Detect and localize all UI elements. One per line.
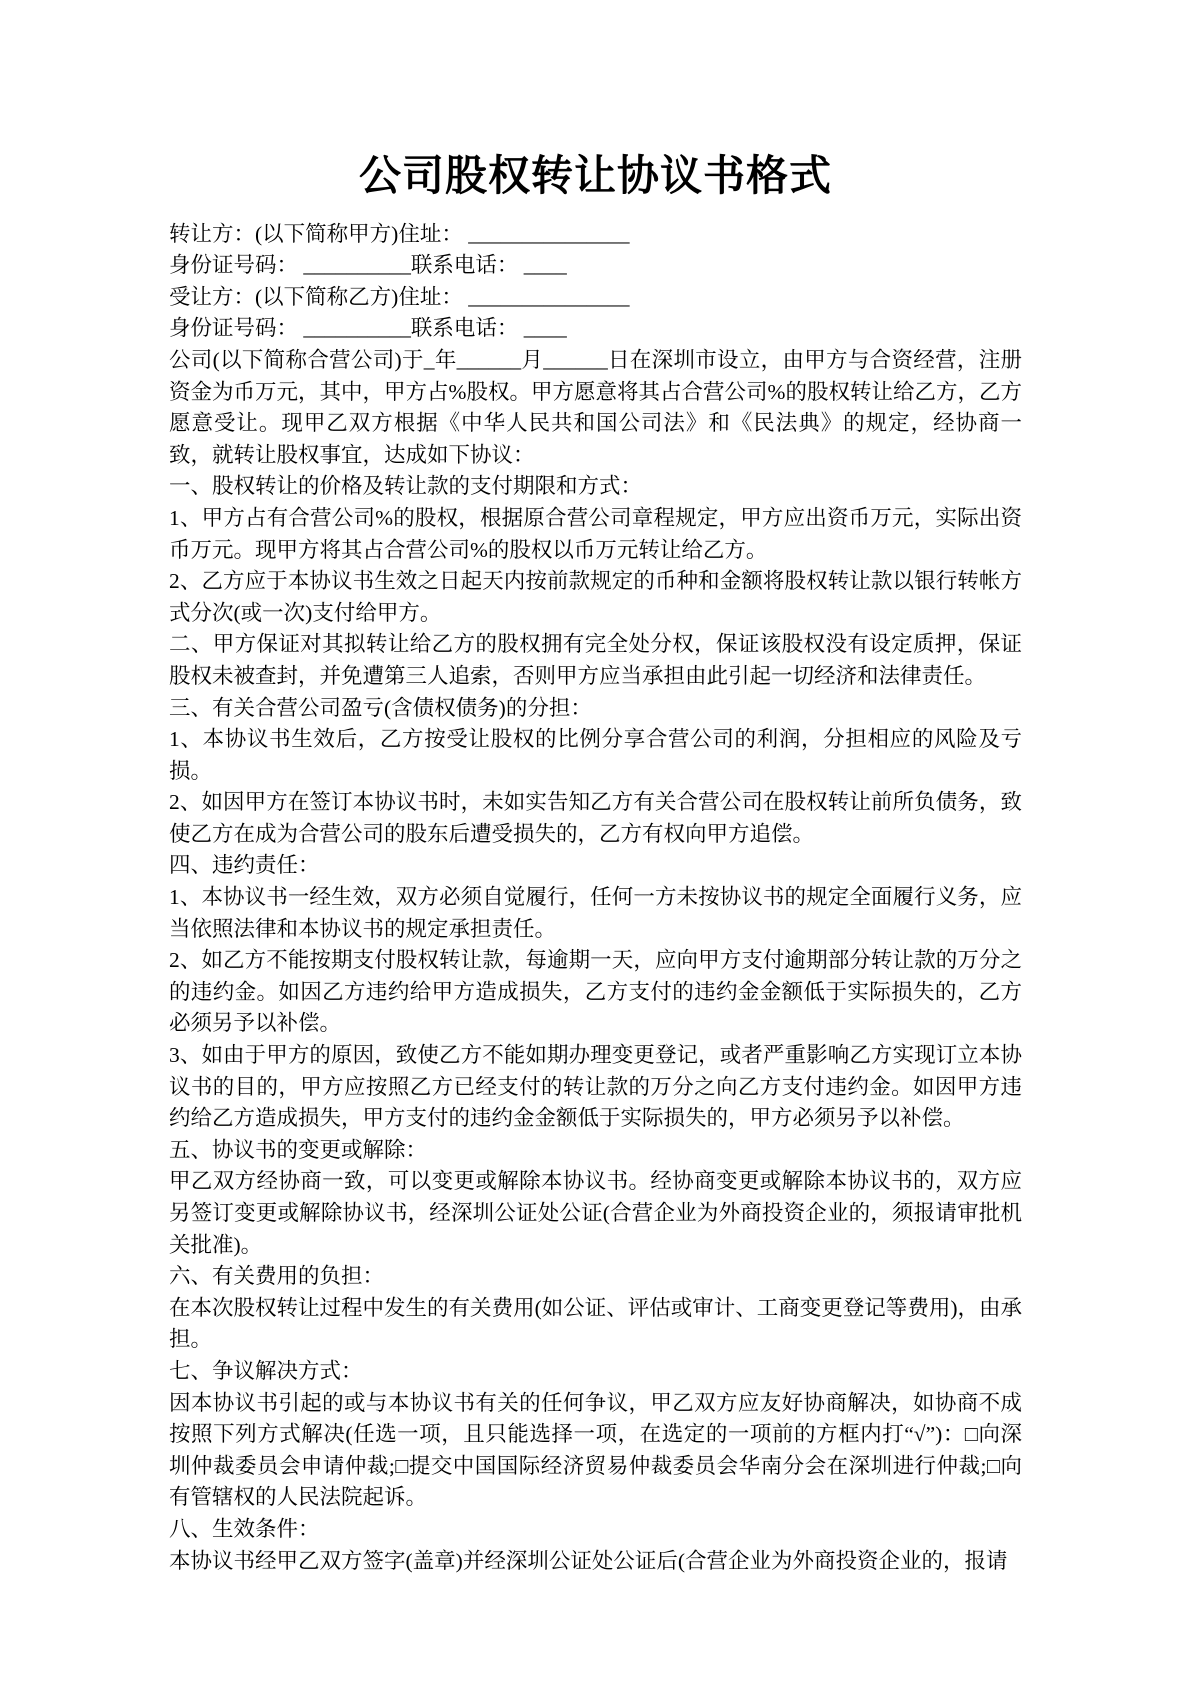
- field-line-party-b-id: 身份证号码： __________联系电话： ____: [169, 313, 1022, 345]
- clause-1-1: 1、甲方占有合营公司%的股权，根据原合营公司章程规定，甲方应出资币万元，实际出资…: [169, 503, 1022, 566]
- field-line-party-b: 受让方：(以下简称乙方)住址： _______________: [169, 282, 1022, 314]
- field-line-party-a: 转让方：(以下简称甲方)住址： _______________: [169, 219, 1022, 251]
- checkbox-icon: □: [965, 1422, 979, 1446]
- section-5-heading: 五、协议书的变更或解除：: [169, 1135, 1022, 1167]
- clause-4-3: 3、如由于甲方的原因，致使乙方不能如期办理变更登记，或者严重影响乙方实现订立本协…: [169, 1040, 1022, 1135]
- clause-4-2: 2、如乙方不能按期支付股权转让款，每逾期一天，应向甲方支付逾期部分转让款的万分之…: [169, 945, 1022, 1040]
- clause-3-1: 1、本协议书生效后，乙方按受让股权的比例分享合营公司的利润，分担相应的风险及亏损…: [169, 724, 1022, 787]
- clause-3-2: 2、如因甲方在签订本协议书时，未如实告知乙方有关合营公司在股权转让前所负债务，致…: [169, 787, 1022, 850]
- checkbox-icon: □: [395, 1454, 409, 1478]
- contract-document-page: 公司股权转让协议书格式 转让方：(以下简称甲方)住址： ____________…: [0, 0, 1190, 1683]
- section-8-paragraph: 本协议书经甲乙双方签字(盖章)并经深圳公证处公证后(合营企业为外商投资企业的，报…: [169, 1546, 1022, 1578]
- section-5-paragraph: 甲乙双方经协商一致，可以变更或解除本协议书。经协商变更或解除本协议书的，双方应另…: [169, 1166, 1022, 1261]
- document-title: 公司股权转让协议书格式: [169, 150, 1022, 205]
- section-1-heading: 一、股权转让的价格及转让款的支付期限和方式：: [169, 471, 1022, 503]
- clause-1-2: 2、乙方应于本协议书生效之日起天内按前款规定的币种和金额将股权转让款以银行转帐方…: [169, 566, 1022, 629]
- section-7-dispute-paragraph: 因本协议书引起的或与本协议书有关的任何争议，甲乙双方应友好协商解决，如协商不成按…: [169, 1388, 1022, 1514]
- section-6-paragraph: 在本次股权转让过程中发生的有关费用(如公证、评估或审计、工商变更登记等费用)，由…: [169, 1293, 1022, 1356]
- clause-4-1: 1、本协议书一经生效，双方必须自觉履行，任何一方未按协议书的规定全面履行义务，应…: [169, 882, 1022, 945]
- section-8-heading: 八、生效条件：: [169, 1514, 1022, 1546]
- section-3-heading: 三、有关合营公司盈亏(含债权债务)的分担：: [169, 693, 1022, 725]
- section-4-heading: 四、违约责任：: [169, 850, 1022, 882]
- field-line-party-a-id: 身份证号码： __________联系电话： ____: [169, 250, 1022, 282]
- section-2-paragraph: 二、甲方保证对其拟转让给乙方的股权拥有完全处分权，保证该股权没有设定质押，保证股…: [169, 629, 1022, 692]
- dispute-intro-text: 因本协议书引起的或与本协议书有关的任何争议，甲乙双方应友好协商解决，如协商不成按…: [169, 1391, 1022, 1447]
- section-7-heading: 七、争议解决方式：: [169, 1356, 1022, 1388]
- checkbox-icon: □: [987, 1454, 1001, 1478]
- preamble-paragraph: 公司(以下简称合营公司)于_年______月______日在深圳市设立，由甲方与…: [169, 345, 1022, 471]
- section-6-heading: 六、有关费用的负担：: [169, 1261, 1022, 1293]
- dispute-option-arbitration-cietac: 提交中国国际经济贸易仲裁委员会华南分会在深圳进行仲裁;: [409, 1454, 987, 1478]
